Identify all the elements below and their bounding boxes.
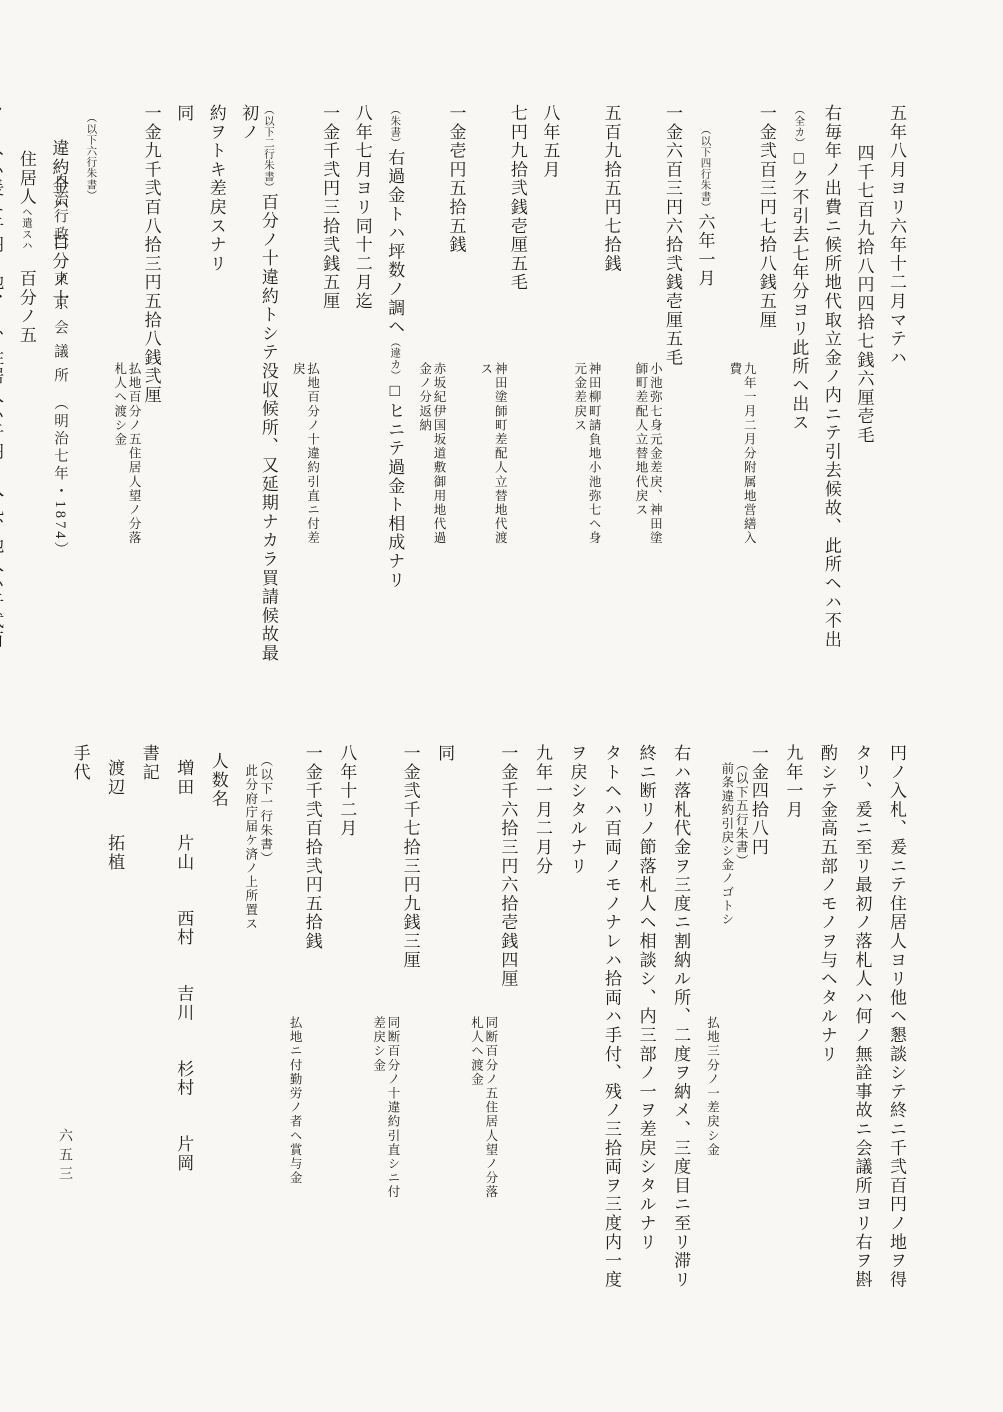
column-text: 六年一月 <box>696 213 715 288</box>
column-text: タリ、爰ニ至リ最初ノ落札人ハ何ノ無詮事故ニ会議所ヨリ右ヲ斟 <box>852 744 871 1289</box>
col-top-3: （全カ）□ク不引去七年分ヨリ此所ヘ出ス <box>789 104 809 676</box>
amount-line: 一金千弐百拾弐円五拾銭 <box>303 744 322 951</box>
col-top-8: 八年五月 <box>540 104 560 676</box>
annotation: 小池弥七身元金差戻、神田塗師町差配人立替地代戻ス <box>634 362 663 556</box>
role-heading: 手代 <box>71 744 90 782</box>
column-text: 酌シテ金高五部ノモノヲ与ヘタルナリ <box>818 744 837 1064</box>
annotation: 神田塗師町差配人立替地代渡ス <box>479 362 508 556</box>
annotation: 同断百分ノ十違約引直シニ付差戻シ金 <box>371 1016 400 1210</box>
col-bot-5: 右ハ落札代金ヲ三度ニ割納ル所、二度ヲ納メ、三度目ニ至リ滞リ <box>671 744 691 1309</box>
col-bot-17: 増田 片山 西村 吉川 杉村 片岡 <box>174 744 194 1324</box>
col-top-7: 五百九拾五円七拾銭神田柳町請負地小池弥七ヘ身元金差戻ス <box>572 104 620 676</box>
col-bot-2: 酌シテ金高五部ノモノヲ与ヘタルナリ <box>817 744 837 1309</box>
annotation: 此分府庁届ケ済ノ上所置ス <box>243 764 258 1304</box>
column-text: □ヒニテ過金ト相成ナリ <box>385 381 404 590</box>
amount-line: 一金千六拾三円六拾壱銭四厘 <box>498 744 517 988</box>
kana-gloss: （違カ） <box>389 336 400 380</box>
red-note-tag: （以下五行朱書） <box>734 758 748 1298</box>
amount-line: 一金四拾八円 <box>749 744 768 857</box>
column-text: 円ノ入札、爰ニテ住居人ヨリ他ヘ懇談シテ終ニ千弐百円ノ地ヲ得 <box>887 744 906 1289</box>
red-note-tag: （以下四行朱書） <box>700 124 711 213</box>
kana-gloss: （全カ） <box>793 104 804 148</box>
col-top-14: （以下二行朱書）百分ノ十違約トシテ没収候所、又延期ナカラ買請候故最初ノ <box>239 104 278 676</box>
col-top-11: （朱書）右過金トハ坪数ノ調ヘ（違カ）□ヒニテ過金ト相成ナリ <box>385 104 405 676</box>
document-page: 〔自治行政〕 東 京 会 議 所 （明治七年・1874） 六五三 五年八月ヨリ六… <box>0 0 1003 1412</box>
column-text: 違約金ハ 百分ノ十 <box>49 139 68 308</box>
date-heading: 八年五月 <box>540 104 559 179</box>
col-top-21: タトヘハ爰ニ千円ノ地アリ、住居人ハ千円ノ入札、他人ハ千弐百 <box>0 104 3 676</box>
col-top-16: 同 <box>174 104 194 676</box>
col-bot-13: 八年十二月 <box>337 744 357 1309</box>
column-text: 四千七百九拾八円四拾七銭六厘壱毛 <box>854 144 873 445</box>
column-text: タトヘハ爰ニ千円ノ地アリ、住居人ハ千円ノ入札、他人ハ千弐百 <box>0 104 3 649</box>
col-top-15: 約ヲトキ差戻スナリ <box>206 104 226 676</box>
amount-line: 一金九千弐百八拾三円五拾八銭弐厘 <box>142 104 161 405</box>
amount-line: 一金弐千七拾三円九銭三厘 <box>401 744 420 970</box>
red-note-tag: （以下六行朱書） <box>85 112 96 201</box>
column-text: タトヘハ百両ノモノナレハ拾両ハ手付、残ノ三拾両ヲ三度内一度 <box>602 744 621 1289</box>
col-bot-3: 九年一月 <box>783 744 803 1309</box>
annotation: 同断百分ノ五住居人望ノ分落札人ヘ渡金 <box>469 1016 498 1210</box>
column-text: □ク不引去七年分ヨリ此所ヘ出ス <box>789 148 808 432</box>
column-text: 五年八月ヨリ六年十二月マテハ <box>887 104 906 367</box>
col-bot-1: タリ、爰ニ至リ最初ノ落札人ハ何ノ無詮事故ニ会議所ヨリ右ヲ斟 <box>852 744 872 1309</box>
red-note-tag: （以下一行朱書） <box>258 754 273 1294</box>
column-text: 約ヲトキ差戻スナリ <box>207 104 226 273</box>
date-heading: 九年一月 <box>783 744 802 819</box>
bottom-text-block: 円ノ入札、爰ニテ住居人ヨリ他ヘ懇談シテ終ニ千弐百円ノ地ヲ得 タリ、爰ニ至リ最初ノ… <box>55 744 906 1309</box>
date-heading: 九年一月二月分 <box>533 744 552 876</box>
col-top-4: 一金弐百三円七拾八銭五厘九年一月二月分附属地営繕入費 <box>728 104 776 676</box>
annotation: 前条違約引戻シ金ノゴトシ <box>720 762 734 1302</box>
amount-line: 一金壱円五拾五銭 <box>447 104 466 254</box>
col-top-13: 一金千弐円三拾弐銭五厘払地百分ノ十違約引直ニ付差戻 <box>291 104 339 676</box>
col-top-17: 一金九千弐百八拾三円五拾八銭弐厘払地百分ノ五住居人望ノ分落札人ヘ渡シ金 <box>112 104 160 676</box>
date-heading: 八年七月ヨリ同十二月迄 <box>353 104 372 311</box>
amount-line: 五百九拾五円七拾銭 <box>602 104 621 273</box>
amount-line: 一金六百三円六拾弐銭壱厘五毛 <box>663 104 682 367</box>
col-bot-8: ヲ戻シタルナリ <box>567 744 587 1309</box>
red-note-tag: （以下二行朱書） <box>263 104 274 193</box>
section-heading: 人数名 <box>209 752 228 808</box>
name-list: 渡辺 拓植 <box>105 759 124 872</box>
annotation: 神田柳町請負地小池弥七ヘ身元金差戻ス <box>572 362 601 556</box>
column-text: 終ニ断リノ節落札人ヘ相談シ、内三部ノ一ヲ差戻シタルナリ <box>637 744 656 1252</box>
column-text: 百分ノ五 <box>17 251 36 345</box>
red-note-tag: （朱書） <box>389 104 400 148</box>
col-bot-10: 一金千六拾三円六拾壱銭四厘同断百分ノ五住居人望ノ分落札人ヘ渡金 <box>469 744 517 1309</box>
col-top-9: 七円九拾弐銭壱厘五毛神田塗師町差配人立替地代渡ス <box>479 104 527 676</box>
annotation: 払地百分ノ十違約引直ニ付差戻 <box>291 362 320 556</box>
inline-gloss: ヘ遣スハ <box>21 206 32 250</box>
col-bot-6: 終ニ断リノ節落札人ヘ相談シ、内三部ノ一ヲ差戻シタルナリ <box>636 744 656 1309</box>
amount-line: 一金弐百三円七拾八銭五厘 <box>757 104 776 330</box>
top-text-block: 五年八月ヨリ六年十二月マテハ 四千七百九拾八円四拾七銭六厘壱毛 右毎年ノ出費ニ候… <box>0 104 906 676</box>
col-bot-11: 同 <box>435 744 455 1309</box>
column-text: 右ハ落札代金ヲ三度ニ割納ル所、二度ヲ納メ、三度目ニ至リ滞リ <box>671 744 690 1289</box>
column-text: 住居人 <box>17 150 36 206</box>
col-bot-20: 手代 <box>70 744 90 1309</box>
col-bot-12: 一金弐千七拾三円九銭三厘同断百分ノ十違約引直シニ付差戻シ金 <box>371 744 419 1309</box>
column-text: 右毎年ノ出費ニ候所地代取立金ノ内ニテ引去候故、此所ヘハ不出 <box>822 104 841 649</box>
col-top-19: 違約金ハ 百分ノ十 <box>49 104 69 711</box>
col-top-2: 右毎年ノ出費ニ候所地代取立金ノ内ニテ引去候故、此所ヘハ不出 <box>821 104 841 676</box>
col-top-6: 一金六百三円六拾弐銭壱厘五毛小池弥七身元金差戻、神田塗師町差配人立替地代戻ス <box>634 104 682 676</box>
column-text: 右過金トハ坪数ノ調ヘ <box>385 148 404 336</box>
col-bot-14: 一金千弐百拾弐円五拾銭払地ニ付勤労ノ者ヘ賞与金 <box>288 744 322 1309</box>
amount-line: 七円九拾弐銭壱厘五毛 <box>508 104 527 292</box>
col-bot-9: 九年一月二月分 <box>532 744 552 1309</box>
annotation: 払地ニ付勤労ノ者ヘ賞与金 <box>288 1016 302 1210</box>
col-bot-19: 渡辺 拓植 <box>105 744 125 1324</box>
col-top-20: 住居人ヘ遣スハ 百分ノ五 <box>16 104 36 722</box>
col-top-12: 八年七月ヨリ同十二月迄 <box>352 104 372 676</box>
annotation: 払地三分ノ一差戻シ金 <box>705 1016 719 1210</box>
col-bot-18: 書記 <box>139 744 159 1309</box>
annotation: 払地百分ノ五住居人望ノ分落札人ヘ渡シ金 <box>112 362 141 556</box>
col-bot-15: （以下一行朱書）此分府庁届ケ済ノ上所置ス <box>243 744 273 1309</box>
ditto-mark: 同 <box>174 104 193 123</box>
col-bot-7: タトヘハ百両ノモノナレハ拾両ハ手付、残ノ三拾両ヲ三度内一度 <box>602 744 622 1309</box>
col-bot-4: 一金四拾八円（以下五行朱書）前条違約引戻シ金ノゴトシ払地三分ノ一差戻シ金 <box>705 744 768 1309</box>
col-top-0: 五年八月ヨリ六年十二月マテハ <box>886 104 906 676</box>
col-bot-16: 人数名 <box>208 744 228 1317</box>
annotation: 九年一月二月分附属地営繕入費 <box>728 362 757 556</box>
ditto-mark: 同 <box>435 744 454 763</box>
col-top-18: （以下六行朱書） <box>81 104 99 684</box>
col-top-1: 四千七百九拾八円四拾七銭六厘壱毛 <box>854 104 874 716</box>
col-bot-0: 円ノ入札、爰ニテ住居人ヨリ他ヘ懇談シテ終ニ千弐百円ノ地ヲ得 <box>886 744 906 1309</box>
annotation: 赤坂紀伊国坂道敷御用地代過金ノ分返納 <box>417 362 446 556</box>
col-top-5: （以下四行朱書）六年一月 <box>695 104 715 696</box>
name-list: 増田 片山 西村 吉川 杉村 片岡 <box>174 759 193 1173</box>
column-text: ヲ戻シタルナリ <box>568 744 587 876</box>
col-top-10: 一金壱円五拾五銭赤坂紀伊国坂道敷御用地代過金ノ分返納 <box>417 104 465 676</box>
amount-line: 一金千弐円三拾弐銭五厘 <box>320 104 339 311</box>
role-heading: 書記 <box>140 744 159 782</box>
date-heading: 八年十二月 <box>337 744 356 838</box>
